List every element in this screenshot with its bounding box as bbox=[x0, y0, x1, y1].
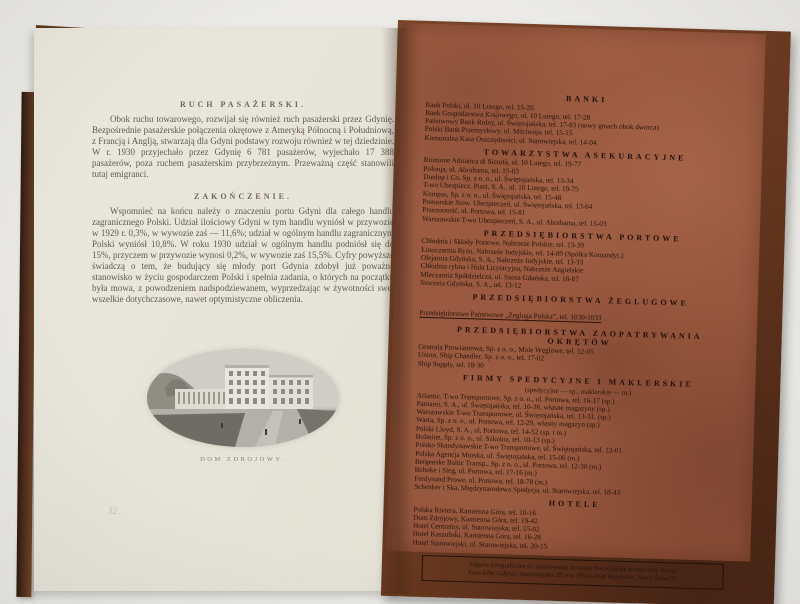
directory-entry: Przedsiębiorstwo Państwowe „Żegluga Pols… bbox=[419, 308, 601, 323]
section-zeglugowe: PRZEDSIĘBIORSTWA ŻEGLUGOWE Przedsiębiors… bbox=[419, 291, 742, 329]
section-banki: BANKI Bank Polski, ul. 10 Lutego, tel. 1… bbox=[424, 90, 747, 152]
page-number: 32 bbox=[108, 506, 117, 516]
asekuracyjne-entries: Riunione Adriatica di Sicurtà, ul. 10 Lu… bbox=[422, 156, 746, 232]
portowe-entries: Chłodnia i Składy Portowe, Nabrzeże Pols… bbox=[420, 237, 743, 296]
photo-block: DOM ZDROJOWY. bbox=[92, 349, 394, 463]
section-zaopatrywania: PRZEDSIĘBIORSTWA ZAOPATRYWANIA OKRĘTÓW C… bbox=[418, 323, 741, 377]
right-page: BANKI Bank Polski, ul. 10 Lutego, tel. 1… bbox=[386, 23, 766, 562]
section-heading-ruch-pasazerski: RUCH PASAŻERSKI. bbox=[92, 100, 394, 109]
section-heading-zakonczenie: ZAKOŃCZENIE. bbox=[92, 192, 394, 201]
hotele-entries: Polska Riviera, Kamienna Góra, tel. 10-1… bbox=[412, 505, 735, 556]
left-page: RUCH PASAŻERSKI. Obok ruchu towarowego, … bbox=[34, 28, 402, 591]
dom-zdrojowy-photo-drawing bbox=[147, 349, 339, 447]
section-asekuracyjne: TOWARZYSTWA ASEKURACYJNE Riunione Adriat… bbox=[422, 146, 746, 232]
section-portowe: PRZEDSIĘBIORSTWA PORTOWE Chłodnia i Skła… bbox=[420, 227, 744, 297]
dom-zdrojowy-photo bbox=[147, 349, 339, 447]
photo-caption: DOM ZDROJOWY. bbox=[92, 456, 394, 463]
right-page-content: BANKI Bank Polski, ul. 10 Lutego, tel. 1… bbox=[411, 86, 748, 590]
section-spedycyjne: FIRMY SPEDYCYJNE I MAKLERSKIE (spedycyjn… bbox=[414, 372, 739, 501]
right-book: BANKI Bank Polski, ul. 10 Lutego, tel. 1… bbox=[381, 20, 791, 604]
left-page-content: RUCH PASAŻERSKI. Obok ruchu towarowego, … bbox=[92, 88, 394, 463]
spedycyjne-entries: Atlantic, T-wo Transportowe, Sp. z o. o.… bbox=[414, 391, 739, 500]
banki-entries: Bank Polski, ul. 10 Lutego, tel. 15-20.B… bbox=[424, 100, 747, 151]
paragraph-zakonczenie: Wspomnieć na końcu należy o znaczeniu po… bbox=[92, 206, 394, 305]
paragraph-ruch-pasazerski: Obok ruchu towarowego, rozwijał się równ… bbox=[92, 114, 394, 180]
section-hotele: HOTELE Polska Riviera, Kamienna Góra, te… bbox=[412, 495, 735, 557]
